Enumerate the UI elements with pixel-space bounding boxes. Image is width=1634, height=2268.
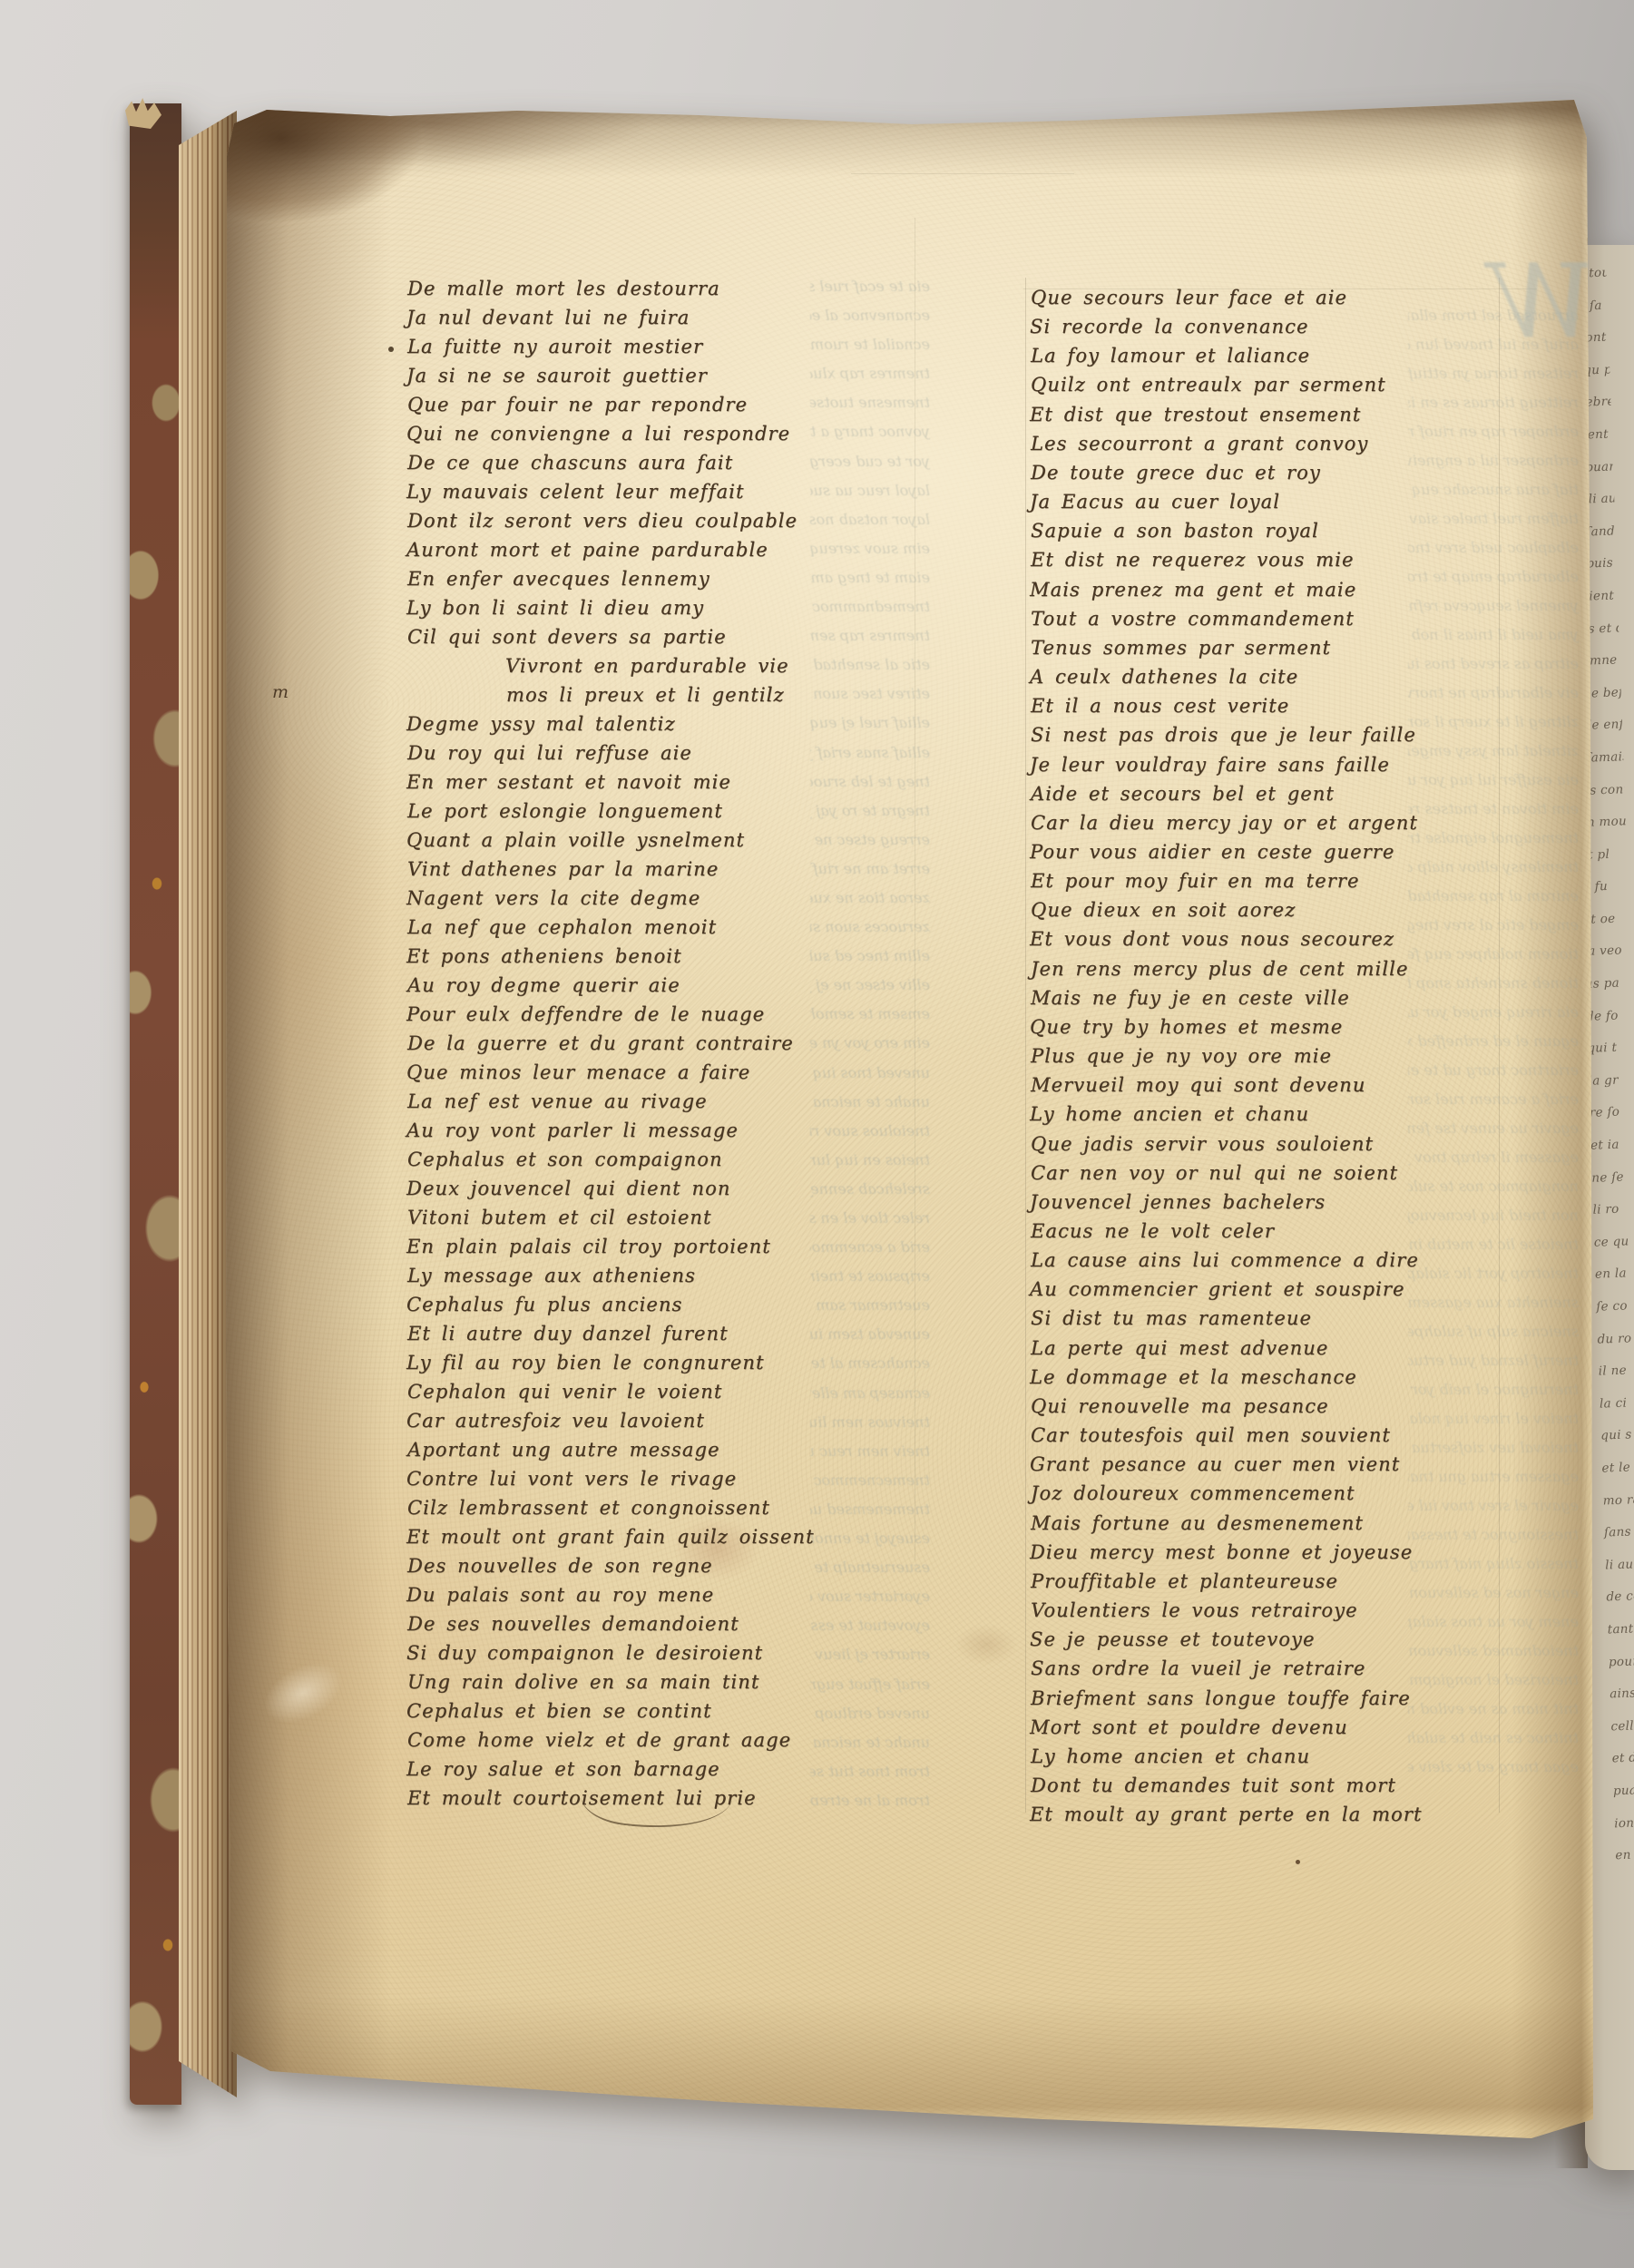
next-page-text-fragment: de fo xyxy=(1585,1000,1633,1033)
manuscript-line: Au roy vont parler li message xyxy=(406,1116,842,1145)
next-page-text-fragment: et le xyxy=(1599,1452,1634,1485)
manuscript-line: Que jadis servir vous souloient xyxy=(1031,1129,1512,1158)
manuscript-line: Cephalus et bien se contint xyxy=(406,1696,842,1725)
next-page-text-fragment: il ne xyxy=(1595,1354,1634,1388)
manuscript-line: En enfer avecques lennemy xyxy=(407,564,843,593)
text-column-left: De malle mort les destourraJa nul devant… xyxy=(406,274,842,1813)
manuscript-line: Briefment sans longue touffe faire xyxy=(1031,1684,1512,1713)
manuscript-line: Je leur vouldray faire sans faille xyxy=(1030,750,1511,779)
next-page-text-fragment: ſtoient t xyxy=(1585,418,1612,452)
next-page-text-fragment: t ſamais xyxy=(1585,741,1624,775)
next-page-text-fragment: es puant xyxy=(1585,451,1614,484)
manuscript-line: Eacus ne le volt celer xyxy=(1031,1217,1512,1246)
next-page-text-fragment: ion oient xyxy=(1611,1806,1634,1840)
manuscript-line: Que try by homes et mesme xyxy=(1030,1012,1511,1041)
manuscript-line: Degme yssy mal talentiz xyxy=(406,709,842,738)
manuscript-line: Que dieux en soit aorez xyxy=(1031,895,1512,924)
next-page-text-fragment: la gr xyxy=(1585,1064,1634,1098)
next-page-text-fragment: ſe co xyxy=(1593,1290,1634,1324)
next-page-text-fragment: puas ſa xyxy=(1610,1774,1634,1807)
next-page-text-fragment: ulle beſte xyxy=(1585,677,1621,710)
next-page-text-fragment: li ro xyxy=(1590,1193,1634,1227)
next-page-text-fragment: tenebre xyxy=(1585,386,1611,420)
manuscript-line: Sans ordre la vueil je retraire xyxy=(1031,1654,1512,1683)
manuscript-line: Plus que je ny voy ore mie xyxy=(1031,1041,1512,1070)
next-page-text-fragment: en mou xyxy=(1585,806,1626,839)
manuscript-line: Ja Eacus au cuer loyal xyxy=(1030,487,1511,516)
photograph-of-open-manuscript: i qu touſoie ſaes ſont aou qu platenebre… xyxy=(0,0,1634,2268)
manuscript-line: Dieu mercy mest bonne et joyeuse xyxy=(1030,1538,1511,1567)
manuscript-line: Si duy compaignon le desiroient xyxy=(406,1638,842,1667)
next-page-text-fragment: du ro xyxy=(1594,1322,1634,1355)
manuscript-line: La fuitte ny auroit mestier xyxy=(407,332,843,361)
manuscript-line: Mais prenez ma gent et maie xyxy=(1030,575,1511,604)
manuscript-line: Auront mort et paine pardurable xyxy=(406,535,842,564)
manuscript-line: Et moult ay grant perte en la mort xyxy=(1030,1800,1511,1829)
next-page-text-fragment: celle xyxy=(1608,1709,1634,1743)
next-page-text-fragment: li au xyxy=(1602,1548,1634,1581)
next-page-text-fragment: nt oe xyxy=(1585,903,1629,936)
manuscript-line: Quilz ont entreaulx par serment xyxy=(1031,370,1512,399)
manuscript-line: Des nouvelles de son regne xyxy=(407,1551,843,1580)
manuscript-line: Vivront en pardurable vie xyxy=(406,651,842,680)
next-page-text-fragment: nd li aun xyxy=(1585,484,1615,517)
next-page-text-fragment: ſans xyxy=(1600,1516,1634,1549)
manuscript-line: La nef est venue au rivage xyxy=(407,1087,843,1116)
manuscript-line: Que minos leur menace a faire xyxy=(406,1058,842,1087)
manuscript-line: De ses nouvelles demandoient xyxy=(407,1609,843,1638)
manuscript-line: Ly fil au roy bien le congnurent xyxy=(406,1348,842,1377)
manuscript-line: La nef que cephalon menoit xyxy=(407,913,843,942)
next-page-text-fragment: en la xyxy=(1591,1257,1634,1291)
manuscript-line: Au commencier grient et souspire xyxy=(1030,1275,1511,1304)
next-page-text-fragment: et pl xyxy=(1585,838,1628,872)
ruling-line-horizontal-margin xyxy=(851,173,1074,174)
manuscript-line: Aportant ung autre message xyxy=(407,1435,843,1464)
manuscript-line: Et pons atheniens benoit xyxy=(406,942,842,971)
manuscript-line: Et li autre duy danzel furent xyxy=(407,1319,843,1348)
manuscript-line: Se je peusse et toutevoye xyxy=(1030,1625,1511,1654)
manuscript-line: Dont tu demandes tuit sont mort xyxy=(1031,1771,1512,1800)
manuscript-line: Deux jouvencel qui dient non xyxy=(406,1174,842,1203)
manuscript-line: Que secours leur face et aie xyxy=(1031,283,1512,312)
ruling-line-vertical-right-col-left xyxy=(1025,278,1026,1813)
next-page-text-fragment: la veo xyxy=(1585,935,1630,969)
manuscript-line: La perte qui mest advenue xyxy=(1031,1334,1512,1363)
next-page-text-fragment: mo ra xyxy=(1600,1483,1634,1517)
manuscript-line: Qui renouvelle ma pesance xyxy=(1031,1392,1512,1421)
ink-speck xyxy=(388,347,394,352)
next-page-text-fragment: qui t xyxy=(1585,1031,1634,1065)
manuscript-line: Pour vous aidier en ceste guerre xyxy=(1030,837,1511,866)
parchment-blot xyxy=(954,1624,1018,1666)
manuscript-line: Et vous dont vous nous secourez xyxy=(1030,924,1511,953)
next-page-text-fragment: ne ſe xyxy=(1589,1161,1634,1195)
next-page-text-fragment: la ci xyxy=(1596,1387,1634,1421)
manuscript-line: Grant pesance au cuer men vient xyxy=(1030,1450,1511,1479)
manuscript-line: Ly home ancien et chanu xyxy=(1031,1742,1512,1771)
manuscript-line: Car autresfoiz veu lavoient xyxy=(406,1406,842,1435)
next-page-text-fragment: et ia xyxy=(1588,1129,1634,1162)
manuscript-line: Le port eslongie longuement xyxy=(407,797,843,826)
next-page-text-fragment: re ſo xyxy=(1586,1096,1634,1129)
next-page-text-fragment: alle enſ xyxy=(1585,709,1623,743)
manuscript-line: Mais ne fuy je en ceste ville xyxy=(1031,983,1512,1012)
next-page-text-fragment: en mon xyxy=(1612,1839,1634,1872)
manuscript-line: Et moult ont grant fain quilz oissent xyxy=(406,1522,842,1551)
next-page-text-fragment: tant xyxy=(1604,1613,1634,1647)
manuscript-line: La cause ains lui commence a dire xyxy=(1031,1246,1512,1275)
manuscript-line: Cil qui sont devers sa partie xyxy=(407,622,843,651)
manuscript-line: Qui ne conviengne a lui respondre xyxy=(406,419,842,448)
manuscript-line: Vint dathenes par la marine xyxy=(407,855,843,884)
manuscript-line: Et pour moy fuir en ma terre xyxy=(1031,866,1512,895)
manuscript-line: Come home vielz et de grant aage xyxy=(407,1725,843,1755)
manuscript-line: Ly message aux atheniens xyxy=(407,1261,843,1290)
manuscript-line: Pour eulx deffendre de le nuage xyxy=(406,1000,842,1029)
manuscript-line: Vitoni butem et cil estoient xyxy=(407,1203,843,1232)
manuscript-line: Le dommage et la meschance xyxy=(1030,1363,1511,1392)
manuscript-line: La foy lamour et laliance xyxy=(1031,341,1512,370)
next-page-text-fragment: ſi fu xyxy=(1585,870,1629,904)
manuscript-line: Jen rens mercy plus de cent mille xyxy=(1031,954,1512,983)
manuscript-line: Aide et secours bel et gent xyxy=(1031,779,1512,808)
manuscript-line: Mort sont et pouldre devenu xyxy=(1030,1713,1511,1742)
manuscript-line: Cilz lembrassent et congnoissent xyxy=(407,1493,843,1522)
manuscript-line: Cephalus et son compaignon xyxy=(407,1145,843,1174)
manuscript-line: Ja nul devant lui ne fuira xyxy=(406,303,842,332)
manuscript-line: Voulentiers le vous retrairoye xyxy=(1031,1596,1512,1625)
manuscript-line: Du roy qui lui reffuse aie xyxy=(407,738,843,767)
manuscript-line: Car nen voy or nul qui ne soient xyxy=(1031,1158,1512,1188)
manuscript-line: Mais fortune au desmenement xyxy=(1031,1509,1512,1538)
next-page-text-fragments: i qu touſoie ſaes ſont aou qu platenebre… xyxy=(1585,258,1634,1872)
next-page-text-fragment: les conu xyxy=(1585,774,1625,807)
text-column-right: Que secours leur face et aieSi recorde l… xyxy=(1031,283,1512,1829)
manuscript-line: Mervueil moy qui sont devenu xyxy=(1031,1070,1512,1100)
next-page-text-fragment: bos et d xyxy=(1585,612,1619,646)
manuscript-line: Les secourront a grant convoy xyxy=(1031,429,1512,458)
manuscript-line: Si nest pas drois que je leur faille xyxy=(1031,720,1512,749)
next-page-text-fragment: ſtoient xyxy=(1585,580,1619,613)
manuscript-line: De la guerre et du grant contraire xyxy=(407,1029,843,1058)
book: i qu touſoie ſaes ſont aou qu platenebre… xyxy=(0,0,1634,2268)
manuscript-line: Cephalon qui venir le voient xyxy=(407,1377,843,1406)
manuscript-line: Tout a vostre commandement xyxy=(1031,604,1512,633)
manuscript-line: En mer sestant et navoit mie xyxy=(406,767,842,797)
manuscript-line: Quant a plain voille ysnelment xyxy=(406,826,842,855)
manuscript-line: Et dist que trestout ensement xyxy=(1030,400,1511,429)
manuscript-line: Cephalus fu plus anciens xyxy=(406,1290,842,1319)
manuscript-line: Tenus sommes par serment xyxy=(1031,633,1512,662)
manuscript-line: Ly bon li saint li dieu amy xyxy=(406,593,842,622)
manuscript-line: Le roy salue et son barnage xyxy=(406,1755,842,1784)
manuscript-line: Que par fouir ne par repondre xyxy=(407,390,843,419)
manuscript-line: Ja si ne se sauroit guettier xyxy=(406,361,842,390)
manuscript-line: Si recorde la convenance xyxy=(1030,312,1511,341)
manuscript-line: Prouffitable et planteureuse xyxy=(1031,1567,1512,1596)
manuscript-line: En plain palais cil troy portoient xyxy=(406,1232,842,1261)
manuscript-line: Contre lui vont vers le rivage xyxy=(406,1464,842,1493)
manuscript-line: Et dist ne requerez vous mie xyxy=(1031,545,1512,574)
manuscript-line: De ce que chascuns aura fait xyxy=(407,448,843,477)
manuscript-line: mos li preux et li gentilz xyxy=(407,680,843,709)
manuscript-line: Joz doloureux commencement xyxy=(1031,1479,1512,1508)
next-page-text-fragment: le puis xyxy=(1585,548,1617,582)
manuscript-line: A ceulx dathenes la cite xyxy=(1030,662,1511,691)
manuscript-line: De toute grece duc et roy xyxy=(1031,458,1512,487)
manuscript-line: Nagent vers la cite degme xyxy=(406,884,842,913)
next-page-text-fragment: ains xyxy=(1607,1677,1634,1711)
next-page-text-fragment: et de xyxy=(1609,1742,1634,1775)
manuscript-line: Du palais sont au roy mene xyxy=(406,1580,842,1609)
manuscript-line: Au roy degme querir aie xyxy=(407,971,843,1000)
marginal-note: m xyxy=(272,682,289,702)
manuscript-line: Dont ilz seront vers dieu coulpable xyxy=(407,506,843,535)
next-page-text-fragment: us pa xyxy=(1585,967,1631,1001)
manuscript-line: Ung rain dolive en sa main tint xyxy=(407,1667,843,1696)
next-page-text-fragment: ce qu xyxy=(1590,1226,1634,1259)
manuscript-line: Si dist tu mas ramenteue xyxy=(1031,1304,1512,1333)
manuscript-line: Ly mauvais celent leur meffait xyxy=(406,477,842,506)
binding-board-marbled-edge xyxy=(130,103,181,2105)
manuscript-line: Et il a nous cest verite xyxy=(1031,691,1512,720)
next-page-text-fragment: qui s xyxy=(1598,1419,1634,1452)
manuscript-line: Car toutesfois quil men souvient xyxy=(1031,1421,1512,1450)
manuscript-line: Ly home ancien et chanu xyxy=(1030,1100,1511,1129)
ink-speck-small xyxy=(1296,1860,1300,1864)
next-page-text-fragment: de ce xyxy=(1603,1580,1634,1614)
next-page-text-fragment: ſeſſand xyxy=(1585,515,1616,549)
manuscript-line: De malle mort les destourra xyxy=(407,274,843,303)
next-page-text-fragment: pour xyxy=(1605,1645,1634,1678)
manuscript-line: Jouvencel jennes bachelers xyxy=(1030,1188,1511,1217)
manuscript-line: Sapuie a son baston royal xyxy=(1031,516,1512,545)
manuscript-line: Car la dieu mercy jay or et argent xyxy=(1031,808,1512,837)
